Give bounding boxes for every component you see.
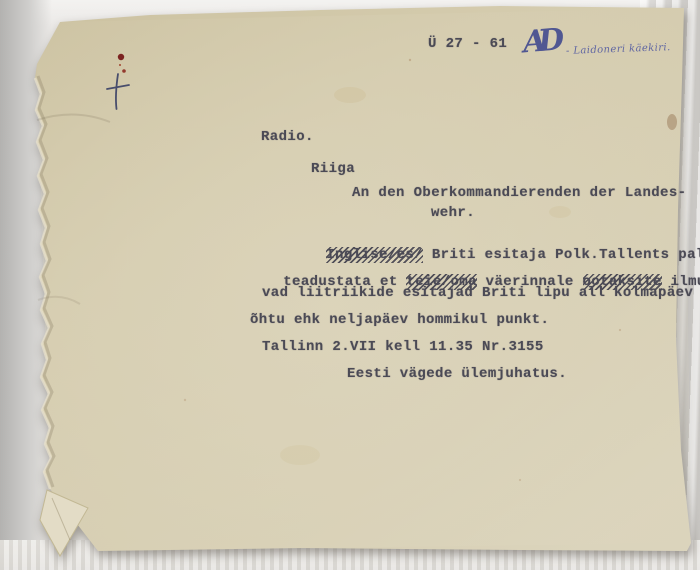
red-ink-dot-icon — [118, 54, 124, 60]
addressee-line-1: An den Oberkommandierenden der Landes- — [352, 185, 686, 201]
stain-spot — [667, 114, 677, 130]
body-line-4: õhtu ehk neljapäev hommikul punkt. — [250, 312, 549, 328]
body-line-3: vad liitriikide esitajad Briti lipu all … — [262, 285, 693, 301]
red-ink-dot-small-icon — [122, 69, 126, 73]
signature-line: Eesti vägede ülemjuhatus. — [347, 366, 567, 382]
dateline: Tallinn 2.VII kell 11.35 Nr.3155 — [262, 339, 544, 355]
salutation-line: Radio. — [261, 129, 314, 145]
city-line: Riiga — [311, 161, 355, 177]
addressee-line-2: wehr. — [431, 205, 475, 221]
handwritten-monogram: AD — [522, 23, 558, 61]
reference-number: Ü 27 - 61 — [428, 36, 507, 52]
photo-of-document: Ü 27 - 61 AD - Laidoneri käekiri. Radio.… — [0, 0, 700, 570]
